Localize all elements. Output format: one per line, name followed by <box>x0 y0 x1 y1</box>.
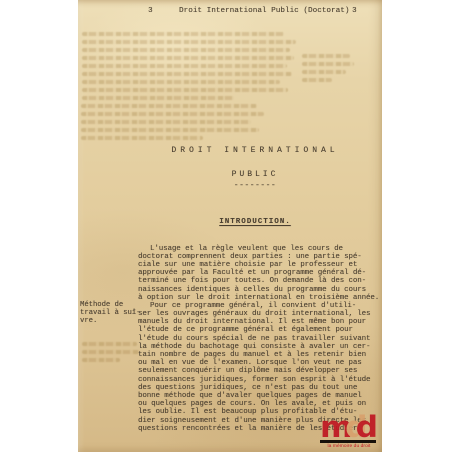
bleed-line <box>81 128 259 132</box>
text-line: seulement conquérir un diplôme mais déve… <box>138 367 376 375</box>
text-line: Pour ce programme général, il convient d… <box>138 302 376 310</box>
bleed-line <box>82 72 292 76</box>
bleed-line <box>82 96 234 100</box>
paper-page: 3 Droit International Public (Doctorat) … <box>78 0 382 452</box>
bleed-line <box>302 70 346 74</box>
bleed-line <box>82 350 140 354</box>
section-heading-introduction: INTRODUCTION. <box>138 218 372 226</box>
text-line: ciale sur une matière choisie par le pro… <box>138 261 376 269</box>
text-line: vre. <box>80 317 144 325</box>
body-text: L'usage et la règle veulent que les cour… <box>138 245 376 433</box>
text-line: terminé une fois pour toutes. On demande… <box>138 277 376 285</box>
watermark-caption: la mémoire du droit <box>320 444 378 449</box>
text-line: l'étude du cours spécial de ne pas trava… <box>138 335 376 343</box>
page-number-right: 3 <box>352 7 357 15</box>
body-paragraph-1: L'usage et la règle veulent que les cour… <box>138 245 376 302</box>
running-title: Droit International Public (Doctorat) <box>179 7 349 15</box>
bleed-line <box>81 112 264 116</box>
bleed-line <box>82 40 296 44</box>
text-line: naissances identiques à celles du progra… <box>138 286 376 294</box>
page-number-left: 3 <box>148 7 153 15</box>
memoire-du-droit-watermark: mdd la mémoire du droit <box>320 416 380 449</box>
bleed-line <box>81 120 251 124</box>
bleed-line <box>82 48 290 52</box>
bleed-line <box>302 54 350 58</box>
bleed-line <box>82 80 280 84</box>
watermark-bar <box>320 440 376 443</box>
text-line: L'usage et la règle veulent que les cour… <box>138 245 376 253</box>
md-logo: mdd <box>320 416 385 438</box>
scanned-page-canvas: 3 Droit International Public (Doctorat) … <box>0 0 452 452</box>
bleed-line <box>302 62 354 66</box>
margin-dash: - <box>132 307 136 315</box>
document-title-line1: DROIT INTERNATIONAL <box>138 146 372 155</box>
text-line: des questions juridiques, ce n'est pas d… <box>138 384 376 392</box>
bleed-line <box>302 78 332 82</box>
bleed-line <box>82 88 288 92</box>
bleed-line <box>82 358 120 362</box>
document-title-line2: PUBLIC <box>138 170 372 179</box>
bleed-line <box>82 342 137 346</box>
bleed-line <box>82 64 287 68</box>
text-line: tain nombre de pages du manuel et à les … <box>138 351 376 359</box>
text-line: l'étude de ce programme général et égale… <box>138 326 376 334</box>
text-line: la méthode du bachotage qui consiste à a… <box>138 343 376 351</box>
bleed-line <box>82 56 294 60</box>
bleed-line <box>82 32 284 36</box>
bleed-line <box>81 104 257 108</box>
text-line: bonne méthode que d'avaler quelques page… <box>138 392 376 400</box>
bleed-line <box>81 136 203 140</box>
text-line: à option sur le droit international en t… <box>138 294 376 302</box>
text-line: doctorat comprennent deux parties : une … <box>138 253 376 261</box>
title-underline-dashes: -------- <box>138 181 372 190</box>
text-line: connaissances juridiques, former son esp… <box>138 376 376 384</box>
